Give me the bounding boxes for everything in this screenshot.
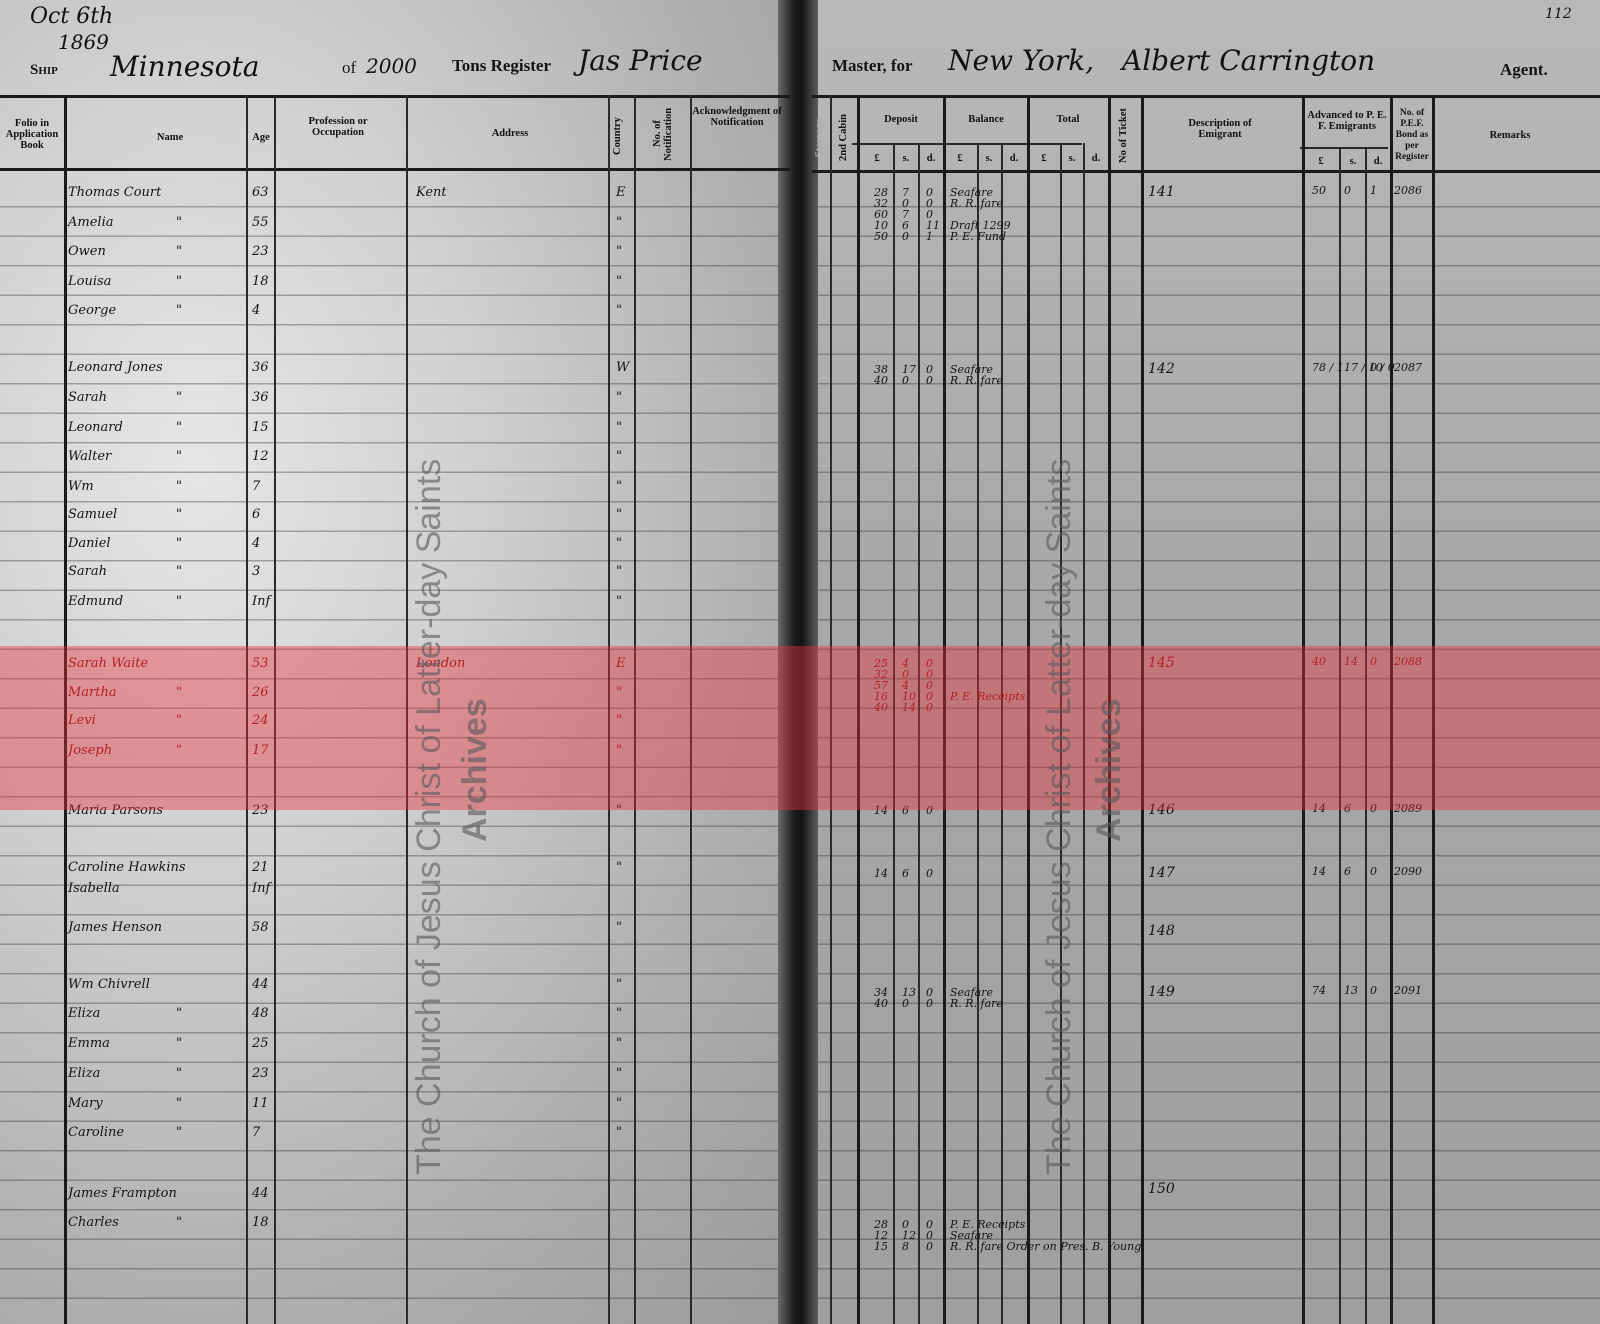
ditto-mark: "	[176, 244, 182, 259]
passenger-name: Sarah	[68, 564, 107, 579]
passenger-name: Wm	[68, 479, 94, 494]
deposit-pounds: 14	[874, 867, 888, 880]
passenger-name: James Frampton	[68, 1186, 177, 1201]
passenger-age: 23	[252, 803, 269, 818]
year-note: 1869	[58, 30, 109, 54]
passenger-country: "	[616, 536, 622, 551]
passenger-name: Thomas Court	[68, 185, 161, 200]
ditto-mark: "	[176, 713, 182, 728]
passenger-country: "	[616, 420, 622, 435]
passenger-age: 63	[252, 185, 269, 200]
deposit-pounds: 40	[874, 701, 888, 714]
ditto-mark: "	[176, 1006, 182, 1021]
passenger-name: James Henson	[68, 920, 162, 935]
total-pound: £	[1029, 153, 1059, 164]
deposit-pounds: 15	[874, 1240, 888, 1253]
passenger-name: Martha	[68, 685, 117, 700]
destination: New York,	[948, 44, 1094, 77]
passenger-age: 44	[252, 1186, 269, 1201]
advanced-pounds: 74	[1312, 984, 1326, 997]
passenger-name: Daniel	[68, 536, 111, 551]
passenger-age: 24	[252, 713, 269, 728]
passenger-age: 23	[252, 1066, 269, 1081]
advanced-pounds: 40	[1312, 655, 1326, 668]
col-folio: Folio in Application Book	[2, 118, 62, 151]
ditto-mark: "	[176, 594, 182, 609]
account-note: P. E. Fund	[950, 230, 1006, 243]
ditto-mark: "	[176, 1125, 182, 1140]
passenger-age: 26	[252, 685, 269, 700]
advanced-pounds: 50	[1312, 184, 1326, 197]
passenger-name: Amelia	[68, 215, 113, 230]
passenger-age: 58	[252, 920, 269, 935]
ditto-mark: "	[176, 1215, 182, 1230]
passenger-age: 48	[252, 1006, 269, 1021]
deposit-shillings: 0	[902, 230, 909, 243]
passenger-country: "	[616, 507, 622, 522]
ditto-mark: "	[176, 479, 182, 494]
passenger-name: Emma	[68, 1036, 110, 1051]
advanced-pound: £	[1304, 156, 1338, 167]
deposit-pounds: 14	[874, 804, 888, 817]
passenger-age: 21	[252, 860, 269, 875]
deposit-shillings: 6	[902, 804, 909, 817]
passenger-country: E	[616, 656, 626, 671]
passenger-country: "	[616, 803, 622, 818]
passenger-age: 55	[252, 215, 269, 230]
passenger-country: "	[616, 977, 622, 992]
deposit-pence: d.	[920, 153, 942, 164]
advanced-pence: 1	[1370, 184, 1377, 197]
col-2nd-cabin: 2nd Cabin	[838, 110, 849, 166]
of-label: of	[342, 58, 356, 78]
passenger-name: George	[68, 303, 116, 318]
passenger-age: 36	[252, 360, 269, 375]
ship-name: Minnesota	[110, 50, 259, 83]
passenger-age: 53	[252, 656, 269, 671]
ditto-mark: "	[176, 1066, 182, 1081]
deposit-shilling: s.	[895, 153, 917, 164]
passenger-age: 15	[252, 420, 269, 435]
passenger-name: Eliza	[68, 1006, 100, 1021]
advanced-shillings: 6	[1344, 802, 1351, 815]
passenger-age: Inf	[252, 594, 270, 609]
passenger-age: 23	[252, 244, 269, 259]
ditto-mark: "	[176, 685, 182, 700]
ticket-number: 141	[1148, 184, 1175, 200]
passenger-age: 18	[252, 1215, 269, 1230]
passenger-country: "	[616, 1036, 622, 1051]
book-gutter	[778, 0, 818, 1324]
ditto-mark: "	[176, 420, 182, 435]
ditto-mark: "	[176, 536, 182, 551]
agent-label: Agent.	[1500, 60, 1548, 80]
passenger-name: Charles	[68, 1215, 119, 1230]
passenger-age: 12	[252, 449, 269, 464]
deposit-shillings: 14	[902, 701, 916, 714]
advanced-shilling: s.	[1341, 156, 1365, 167]
passenger-country: "	[616, 743, 622, 758]
passenger-country: W	[616, 360, 629, 375]
passenger-name: Samuel	[68, 507, 117, 522]
ditto-mark: "	[176, 1036, 182, 1051]
passenger-age: 17	[252, 743, 269, 758]
advanced-pounds: 14	[1312, 865, 1326, 878]
advanced-shillings: 0	[1344, 184, 1351, 197]
ticket-number: 147	[1148, 865, 1175, 881]
passenger-country: "	[616, 1006, 622, 1021]
ticket-number: 148	[1148, 923, 1175, 939]
passenger-country: "	[616, 479, 622, 494]
passenger-country: E	[616, 185, 626, 200]
agent-name: Albert Carrington	[1122, 44, 1375, 77]
passenger-name: Wm Chivrell	[68, 977, 150, 992]
advanced-pence: 0	[1370, 802, 1377, 815]
passenger-name: Maria Parsons	[68, 803, 163, 818]
passenger-age: 6	[252, 507, 260, 522]
ticket-number: 149	[1148, 984, 1175, 1000]
advanced-pence: 0	[1370, 655, 1377, 668]
advanced-pounds: 78 / 1	[1312, 361, 1344, 374]
passenger-age: 4	[252, 303, 260, 318]
bond-number: 2087	[1394, 361, 1422, 374]
account-note: R. R. fare Order on Pres. B. Young.	[950, 1240, 1145, 1253]
passenger-age: 44	[252, 977, 269, 992]
ticket-number: 150	[1148, 1181, 1175, 1197]
passenger-country: "	[616, 920, 622, 935]
ditto-mark: "	[176, 743, 182, 758]
passenger-age: 36	[252, 390, 269, 405]
passenger-name: Louisa	[68, 274, 111, 289]
passenger-name: Leonard Jones	[68, 360, 163, 375]
col-deposit: Deposit	[860, 114, 942, 125]
master-for-label: Master, for	[832, 56, 913, 76]
ditto-mark: "	[176, 303, 182, 318]
deposit-pound: £	[862, 153, 892, 164]
passenger-country: "	[616, 860, 622, 875]
master-name: Jas Price	[578, 44, 703, 77]
passenger-country: "	[616, 685, 622, 700]
col-age: Age	[248, 132, 274, 143]
passenger-name: Sarah	[68, 390, 107, 405]
col-bond: No. of P.E.F. Bond as per Register	[1392, 108, 1432, 163]
deposit-pence: 0	[926, 804, 933, 817]
col-country: Country	[612, 108, 623, 164]
page-number: 112	[1545, 6, 1572, 22]
advanced-pence: 0 / 0	[1370, 361, 1395, 374]
col-acknowledgment: Acknowledgment of Notification	[692, 106, 782, 128]
passenger-name: Sarah Waite	[68, 656, 148, 671]
advanced-shillings: 13	[1344, 984, 1358, 997]
passenger-name: Isabella	[68, 881, 120, 896]
tons-register-label: Tons Register	[452, 56, 551, 76]
account-note: R. R. fare	[950, 997, 1003, 1010]
bond-number: 2089	[1394, 802, 1422, 815]
ticket-number: 145	[1148, 655, 1175, 671]
col-total: Total	[1030, 114, 1106, 125]
deposit-pounds: 50	[874, 230, 888, 243]
deposit-pounds: 40	[874, 374, 888, 387]
passenger-age: 7	[252, 1125, 260, 1140]
advanced-pence: 0	[1370, 984, 1377, 997]
advanced-pounds: 14	[1312, 802, 1326, 815]
ditto-mark: "	[176, 215, 182, 230]
col-ticket: No of Ticket	[1118, 104, 1129, 166]
passenger-country: "	[616, 1125, 622, 1140]
ditto-mark: "	[176, 507, 182, 522]
bond-number: 2088	[1394, 655, 1422, 668]
passenger-country: "	[616, 390, 622, 405]
passenger-name: Walter	[68, 449, 111, 464]
deposit-pounds: 40	[874, 997, 888, 1010]
balance-shilling: s.	[978, 153, 1000, 164]
deposit-shillings: 8	[902, 1240, 909, 1253]
ruled-lines	[0, 178, 790, 1324]
passenger-age: 4	[252, 536, 260, 551]
account-note: P. E. Receipts	[950, 690, 1025, 703]
col-steerage: Steerage	[814, 110, 825, 166]
col-remarks: Remarks	[1470, 130, 1550, 141]
passenger-name: Leonard	[68, 420, 123, 435]
total-pence: d.	[1085, 153, 1107, 164]
deposit-shillings: 0	[902, 374, 909, 387]
ruled-lines	[812, 178, 1600, 1324]
passenger-address: Kent	[416, 185, 447, 200]
ditto-mark: "	[176, 274, 182, 289]
bond-number: 2091	[1394, 984, 1422, 997]
passenger-country: "	[616, 303, 622, 318]
total-shilling: s.	[1061, 153, 1083, 164]
tonnage: 2000	[366, 54, 417, 78]
passenger-name: Owen	[68, 244, 106, 259]
watermark-left-archives: Archives	[456, 672, 495, 842]
date-note: Oct 6th	[30, 4, 113, 29]
watermark-right: The Church of Jesus Christ of Latter-day…	[1040, 345, 1079, 1175]
ticket-number: 146	[1148, 802, 1175, 818]
deposit-pence: 0	[926, 701, 933, 714]
passenger-age: 11	[252, 1096, 269, 1111]
ship-label: Ship	[30, 62, 58, 79]
passenger-country: "	[616, 215, 622, 230]
advanced-pence: d.	[1366, 156, 1390, 167]
advanced-pence: 0	[1370, 865, 1377, 878]
deposit-pence: 0	[926, 867, 933, 880]
balance-pound: £	[945, 153, 975, 164]
col-profession: Profession or Occupation	[290, 116, 386, 138]
col-no-notification: No. of Notification	[652, 102, 674, 166]
advanced-shillings: 6	[1344, 865, 1351, 878]
passenger-country: "	[616, 713, 622, 728]
passenger-country: "	[616, 449, 622, 464]
deposit-shillings: 0	[902, 997, 909, 1010]
watermark-left: The Church of Jesus Christ of Latter-day…	[410, 345, 449, 1175]
col-balance: Balance	[946, 114, 1026, 125]
passenger-country: "	[616, 564, 622, 579]
passenger-name: Mary	[68, 1096, 103, 1111]
bond-number: 2090	[1394, 865, 1422, 878]
passenger-age: Inf	[252, 881, 270, 896]
passenger-country: "	[616, 1066, 622, 1081]
passenger-name: Joseph	[68, 743, 112, 758]
passenger-country: "	[616, 594, 622, 609]
bond-number: 2086	[1394, 184, 1422, 197]
ditto-mark: "	[176, 1096, 182, 1111]
deposit-pence: 1	[926, 230, 933, 243]
deposit-pence: 0	[926, 374, 933, 387]
passenger-name: Edmund	[68, 594, 123, 609]
col-description: Description of Emigrant	[1180, 118, 1260, 140]
passenger-name: Caroline	[68, 1125, 124, 1140]
account-note: R. R. fare	[950, 374, 1003, 387]
passenger-country: "	[616, 244, 622, 259]
passenger-name: Caroline Hawkins	[68, 860, 186, 875]
passenger-age: 25	[252, 1036, 269, 1051]
passenger-country: "	[616, 274, 622, 289]
deposit-pence: 0	[926, 997, 933, 1010]
deposit-pence: 0	[926, 1240, 933, 1253]
advanced-shillings: 14	[1344, 655, 1358, 668]
passenger-age: 7	[252, 479, 260, 494]
ditto-mark: "	[176, 564, 182, 579]
passenger-country: "	[616, 1096, 622, 1111]
ticket-number: 142	[1148, 361, 1175, 377]
balance-pence: d.	[1003, 153, 1025, 164]
deposit-shillings: 6	[902, 867, 909, 880]
ditto-mark: "	[176, 449, 182, 464]
passenger-name: Eliza	[68, 1066, 100, 1081]
passenger-age: 3	[252, 564, 260, 579]
passenger-age: 18	[252, 274, 269, 289]
passenger-name: Levi	[68, 713, 96, 728]
ditto-mark: "	[176, 390, 182, 405]
account-note: R. R. fare	[950, 197, 1003, 210]
col-address: Address	[470, 128, 550, 139]
col-name: Name	[140, 132, 200, 143]
watermark-right-archives: Archives	[1090, 672, 1129, 842]
col-advanced: Advanced to P. E. F. Emigrants	[1304, 110, 1390, 132]
